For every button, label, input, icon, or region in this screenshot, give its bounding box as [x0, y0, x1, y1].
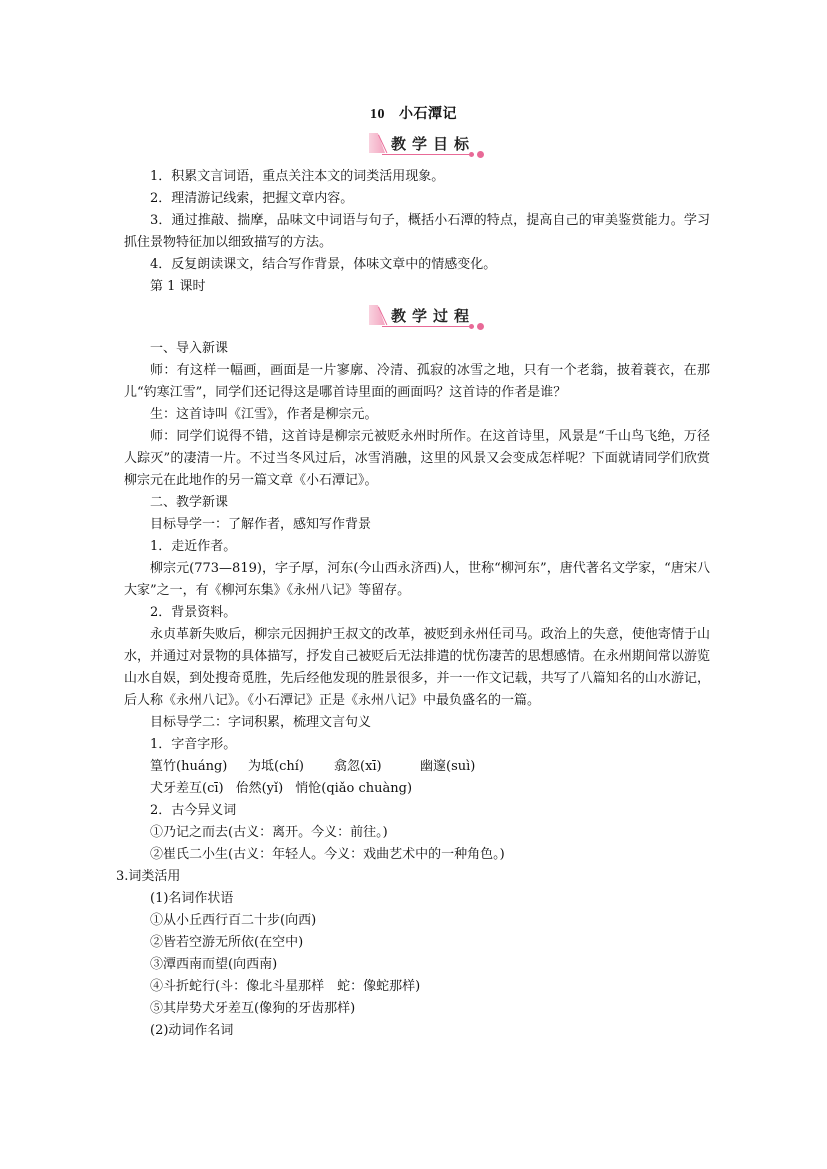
- document-page: 10小石潭记 教学目标 1．积累文言词语，重点关注本文的词类活用现象。 2．理清…: [0, 0, 827, 1169]
- subsection-heading: 目标导学二：字词积累，梳理文言句义: [124, 712, 710, 734]
- banner-label: 教学目标: [391, 133, 475, 154]
- lesson-period: 第 1 课时: [124, 276, 710, 298]
- banner-underline: [382, 326, 474, 327]
- ancient-meaning-item: ②崔氏二小生(古义：年轻人。今义：戏曲艺术中的一种角色。): [124, 844, 710, 866]
- goal-item: 3．通过推敲、揣摩，品味文中词语与句子，概括小石潭的特点，提高自己的审美鉴赏能力…: [124, 210, 710, 254]
- sub-item-heading: (1)名词作状语: [124, 888, 710, 910]
- word-usage-item: ⑤其岸势犬牙差互(像狗的牙齿那样): [124, 998, 710, 1020]
- pronunciation-item: 为坻(chí): [248, 756, 334, 778]
- item-heading: 2．背景资料。: [124, 602, 710, 624]
- goal-item: 2．理清游记线索，把握文章内容。: [124, 188, 710, 210]
- lesson-title: 10小石潭记: [0, 103, 827, 123]
- paragraph: 生：这首诗叫《江雪》，作者是柳宗元。: [124, 404, 710, 426]
- word-usage-item: ②皆若空游无所依(在空中): [124, 932, 710, 954]
- item-heading: 1．字音字形。: [124, 734, 710, 756]
- sub-item-heading: (2)动词作名词: [124, 1020, 710, 1042]
- subsection-heading: 目标导学一：了解作者，感知写作背景: [124, 514, 710, 536]
- banner-teaching-process: 教学过程: [369, 303, 487, 333]
- pronunciation-row: 篁竹(huáng) 为坻(chí) 翕忽(xī) 幽邃(suì): [124, 756, 710, 778]
- lesson-number: 10: [370, 107, 385, 122]
- lesson-title-text: 小石潭记: [399, 106, 457, 122]
- pronunciation-item: 佁然(yǐ): [236, 778, 284, 800]
- pronunciation-item: 幽邃(suì): [420, 756, 475, 778]
- paragraph: 师：同学们说得不错，这首诗是柳宗元被贬永州时所作。在这首诗里，风景是“千山鸟飞绝…: [124, 426, 710, 492]
- banner-label: 教学过程: [391, 305, 475, 326]
- word-usage-item: ④斗折蛇行(斗：像北斗星那样 蛇：像蛇那样): [124, 976, 710, 998]
- item-heading: 2．古今异义词: [124, 800, 710, 822]
- paragraph: 永贞革新失败后，柳宗元因拥护王叔文的改革，被贬到永州任司马。政治上的失意，使他寄…: [124, 624, 710, 712]
- pronunciation-item: 翕忽(xī): [334, 756, 420, 778]
- banner-dot-icon: [469, 324, 474, 329]
- process-section: 一、导入新课 师：有这样一幅画，画面是一片寥廓、冷清、孤寂的冰雪之地，只有一个老…: [124, 338, 710, 1042]
- item-heading: 1．走近作者。: [124, 536, 710, 558]
- goal-item: 4．反复朗读课文，结合写作背景，体味文章中的情感变化。: [124, 254, 710, 276]
- pronunciation-item: 悄怆(qiǎo chuàng): [295, 778, 412, 800]
- ancient-meaning-item: ①乃记之而去(古义：离开。今义：前往。): [124, 822, 710, 844]
- banner-dot-icon: [469, 152, 474, 157]
- paragraph: 柳宗元(773—819)，字子厚，河东(今山西永济西)人，世称“柳河东”，唐代著…: [124, 558, 710, 602]
- banner-underline: [382, 154, 474, 155]
- section-heading: 二、教学新课: [124, 492, 710, 514]
- banner-dot-icon: [477, 151, 484, 158]
- pronunciation-row: 犬牙差互(cī) 佁然(yǐ) 悄怆(qiǎo chuàng): [124, 778, 710, 800]
- goal-item: 1．积累文言词语，重点关注本文的词类活用现象。: [124, 166, 710, 188]
- word-usage-item: ①从小丘西行百二十步(向西): [124, 910, 710, 932]
- banner-teaching-goals: 教学目标: [369, 131, 487, 161]
- banner-dot-icon: [477, 323, 484, 330]
- section-heading: 一、导入新课: [124, 338, 710, 360]
- goals-section: 1．积累文言词语，重点关注本文的词类活用现象。 2．理清游记线索，把握文章内容。…: [124, 166, 710, 298]
- pronunciation-item: 篁竹(huáng): [150, 756, 248, 778]
- pronunciation-item: 犬牙差互(cī): [150, 778, 224, 800]
- word-usage-item: ③潭西南而望(向西南): [124, 954, 710, 976]
- paragraph: 师：有这样一幅画，画面是一片寥廓、冷清、孤寂的冰雪之地，只有一个老翁，披着蓑衣，…: [124, 360, 710, 404]
- item-heading: 3.词类活用: [116, 866, 710, 888]
